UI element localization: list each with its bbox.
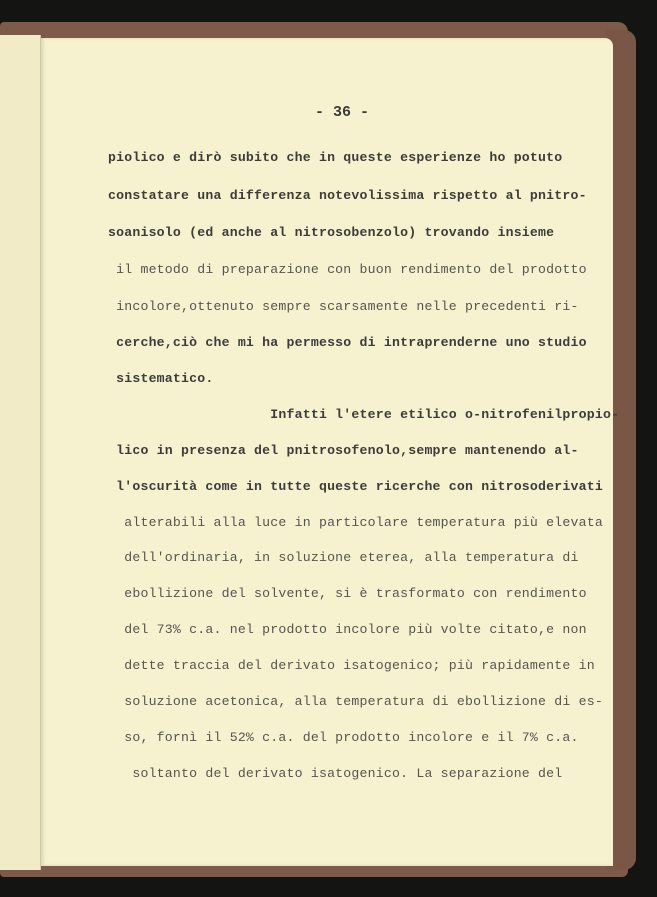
text-line: soluzione acetonica, alla temperatura di… [108,694,603,709]
text-line: dell'ordinaria, in soluzione eterea, all… [108,550,579,565]
text-line: constatare una differenza notevolissima … [108,188,587,203]
text-line: lico in presenza del pnitrosofenolo,semp… [108,443,579,458]
left-page-edge [0,35,41,870]
text-line: dette traccia del derivato isatogenico; … [108,658,595,673]
text-line: del 73% c.a. nel prodotto incolore più v… [108,622,587,637]
text-line: ebollizione del solvente, si è trasforma… [108,586,587,601]
text-line: il metodo di preparazione con buon rendi… [108,262,587,277]
text-line: l'oscurità come in tutte queste ricerche… [108,479,603,494]
text-line: piolico e dirò subito che in queste espe… [108,150,562,165]
text-line: alterabili alla luce in particolare temp… [108,515,603,530]
text-line: so, fornì il 52% c.a. del prodotto incol… [108,730,579,745]
text-line: Infatti l'etere etilico o-nitrofenilprop… [108,407,619,422]
text-line: incolore,ottenuto sempre scarsamente nel… [108,299,579,314]
text-line: cerche,ciò che mi ha permesso di intrapr… [108,335,587,350]
text-line: sistematico. [108,371,213,386]
text-line: soltanto del derivato isatogenico. La se… [108,766,562,781]
page-number: - 36 - [41,104,613,121]
text-line: soanisolo (ed anche al nitrosobenzolo) t… [108,225,554,240]
